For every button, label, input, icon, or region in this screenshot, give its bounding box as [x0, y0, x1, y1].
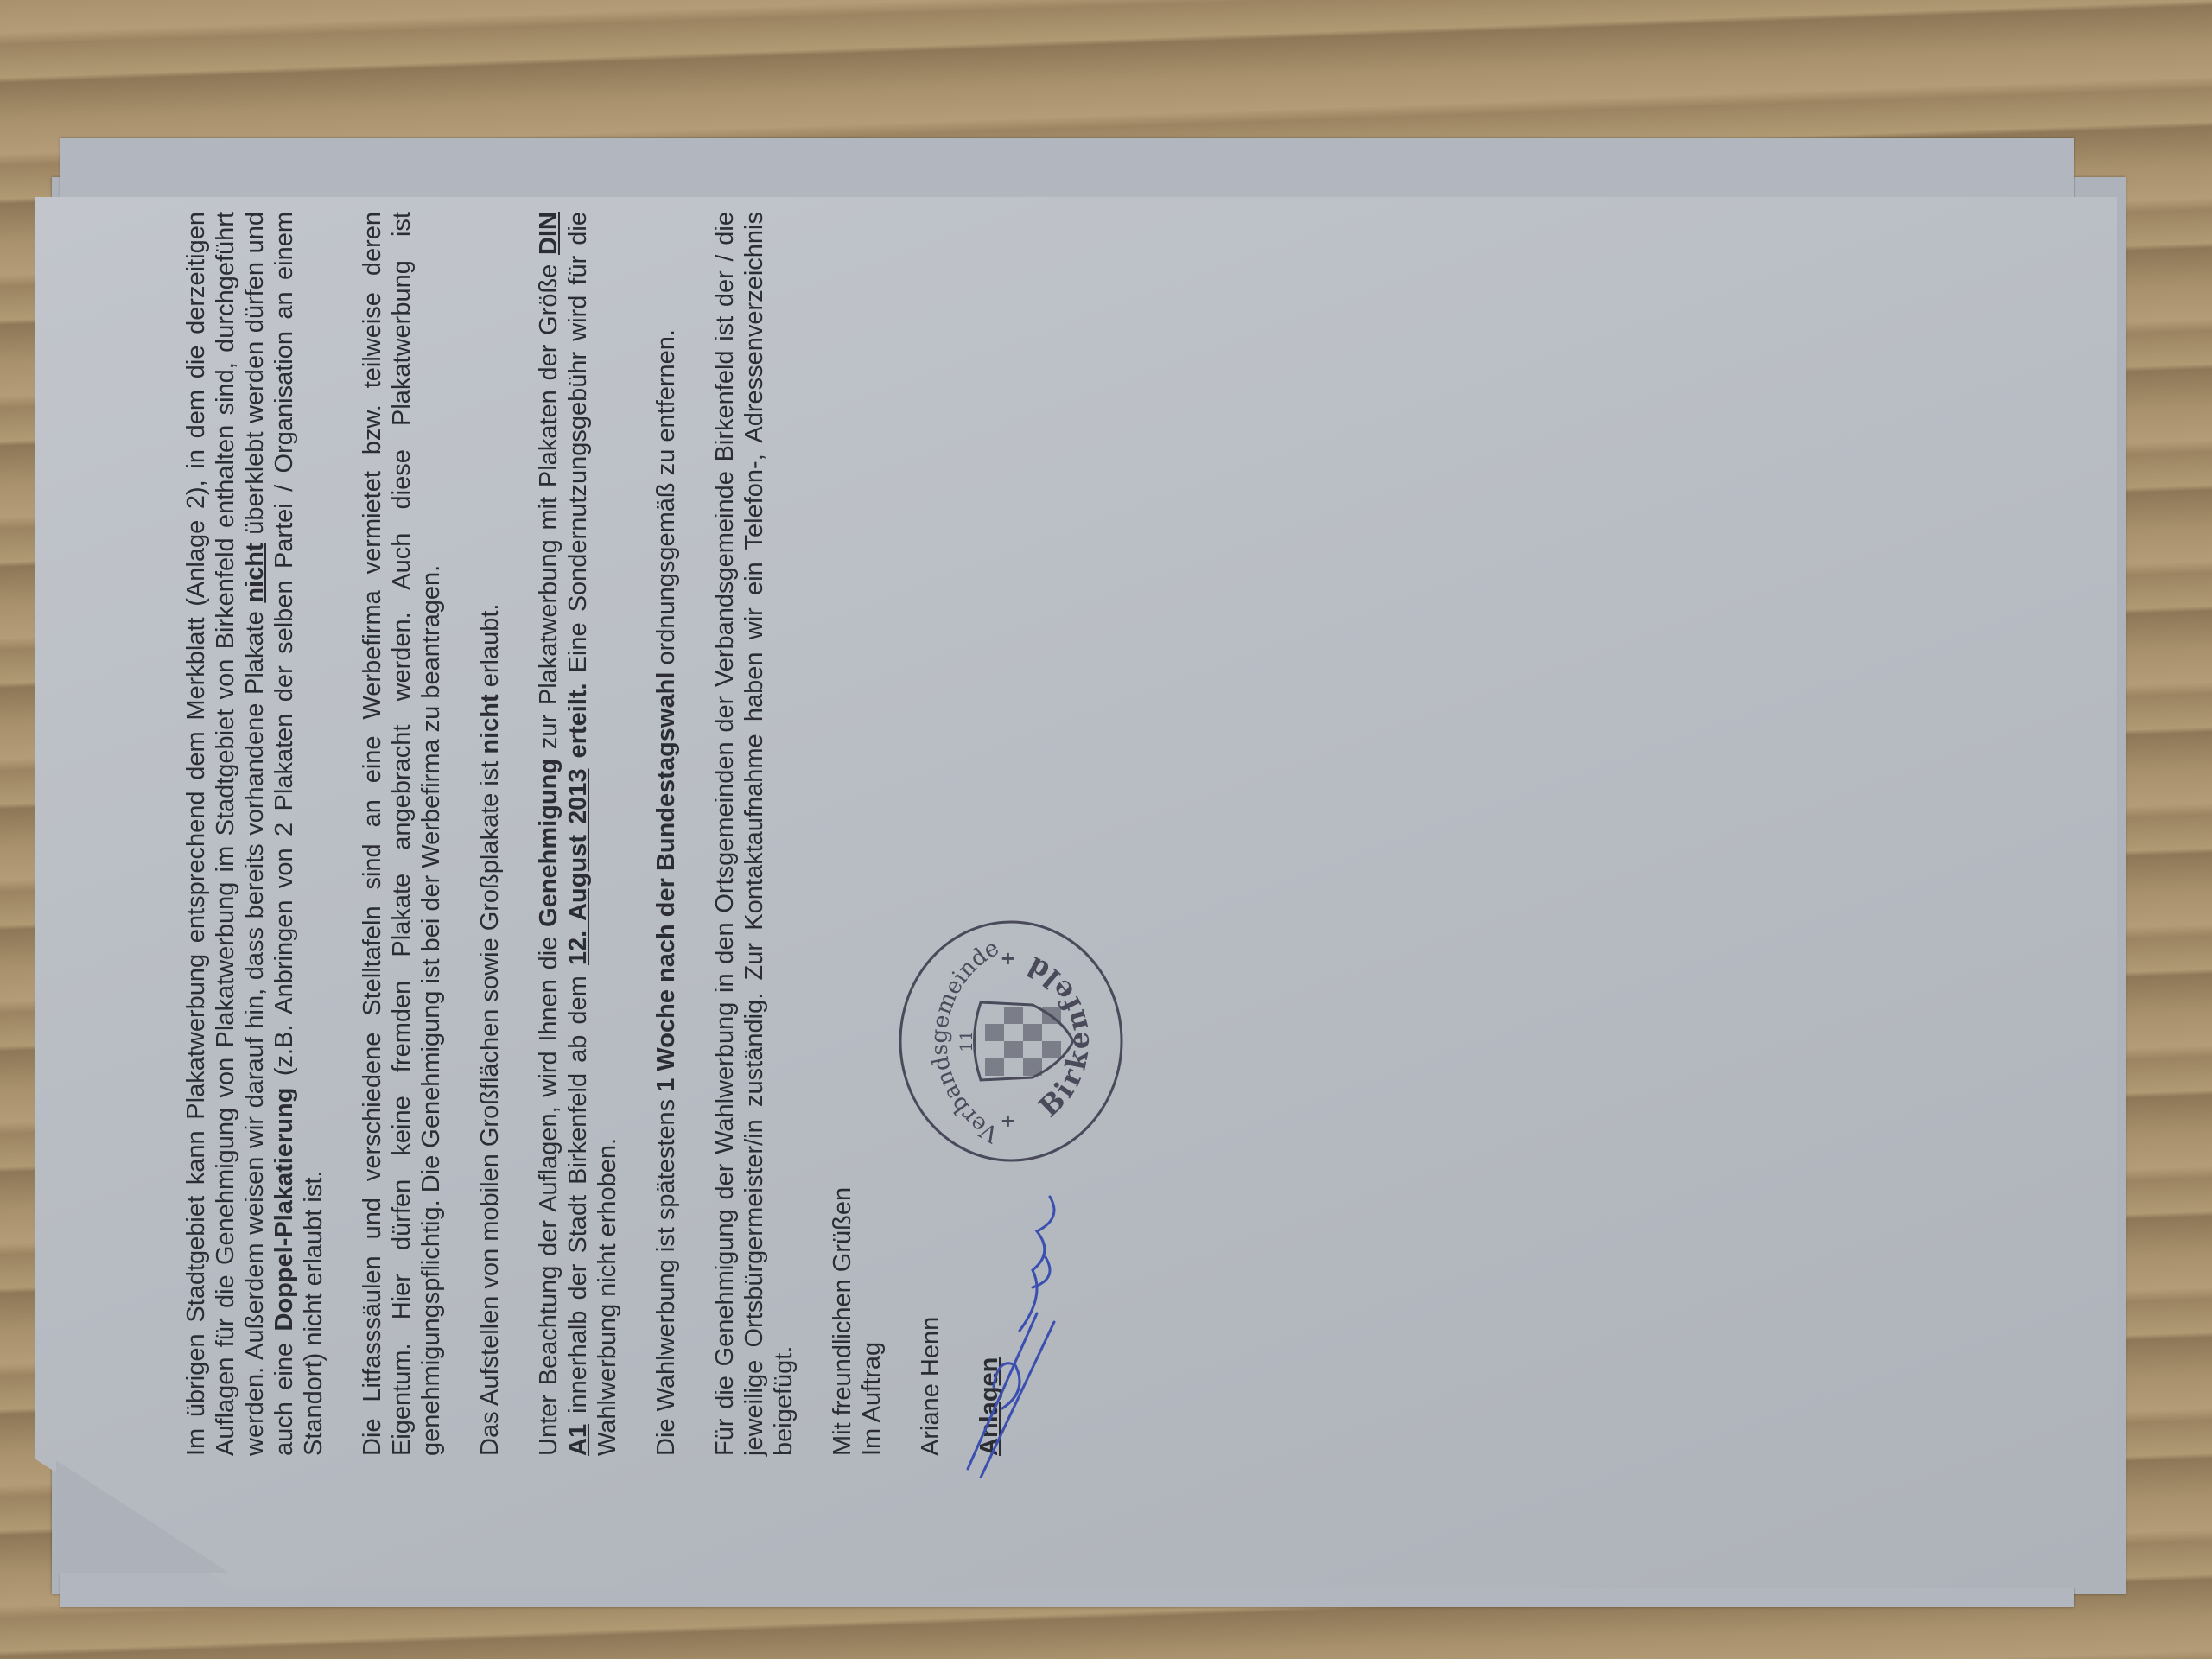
letter-body: Im übrigen Stadtgebiet kann Plakatwerbun…	[181, 212, 1004, 1456]
signer-name: Ariane Henn	[916, 212, 945, 1456]
paragraph-permit: Unter Beachtung der Auflagen, wird Ihnen…	[534, 212, 622, 1456]
text-segment: Das Aufstellen von mobilen Großflächen s…	[476, 754, 504, 1456]
text-segment: ordnungsgemäß zu entfernen.	[652, 329, 680, 672]
official-seal-stamp: Verbandsgemeinde Birkenfeld 11 + +	[890, 912, 1132, 1171]
paragraph-municipalities: Für die Genehmigung der Wahlwerbung in d…	[710, 212, 798, 1456]
text-segment: Unter Beachtung der Auflagen, wird Ihnen…	[535, 927, 563, 1456]
text-segment: zur Plakatwerbung mit Plakaten der Größe	[535, 255, 563, 759]
text-segment: Für die Genehmigung der Wahlwerbung in d…	[711, 212, 798, 1456]
text-segment: Doppel-Plakatierung	[270, 1088, 298, 1332]
signature-space	[887, 212, 916, 1456]
text-segment: erteilt.	[564, 683, 592, 758]
paragraph-large-posters: Das Aufstellen von mobilen Großflächen s…	[475, 212, 505, 1456]
text-segment: nicht	[241, 543, 269, 602]
closing-on-behalf: Im Auftrag	[857, 212, 887, 1456]
text-segment: Die Litfasssäulen und verschiedene Stell…	[359, 212, 445, 1456]
paragraph-advertising-pillars: Die Litfasssäulen und verschiedene Stell…	[358, 212, 446, 1456]
text-segment: 12. August 2013	[564, 768, 592, 965]
text-segment: 1 Woche nach der Bundestagswahl	[652, 672, 680, 1092]
text-segment: Genehmigung	[535, 759, 563, 927]
text-segment	[564, 758, 592, 768]
closing-block: Mit freundlichen Grüßen Im Auftrag Arian…	[828, 212, 1004, 1456]
text-segment: erlaubt.	[476, 604, 504, 695]
seal-cross-right: +	[995, 952, 1020, 965]
text-segment: innerhalb der Stadt Birkenfeld ab dem	[564, 965, 592, 1424]
paragraph-removal: Die Wahlwerbung ist spätestens 1 Woche n…	[652, 212, 681, 1456]
paragraph-poster-rules: Im übrigen Stadtgebiet kann Plakatwerbun…	[181, 212, 328, 1456]
text-segment: Die Wahlwerbung ist spätestens	[652, 1092, 680, 1456]
attachments-heading: Anlagen	[975, 212, 1004, 1456]
seal-cross-left: +	[995, 1115, 1020, 1128]
text-segment: nicht	[476, 694, 504, 753]
closing-greeting: Mit freundlichen Grüßen	[828, 212, 857, 1456]
